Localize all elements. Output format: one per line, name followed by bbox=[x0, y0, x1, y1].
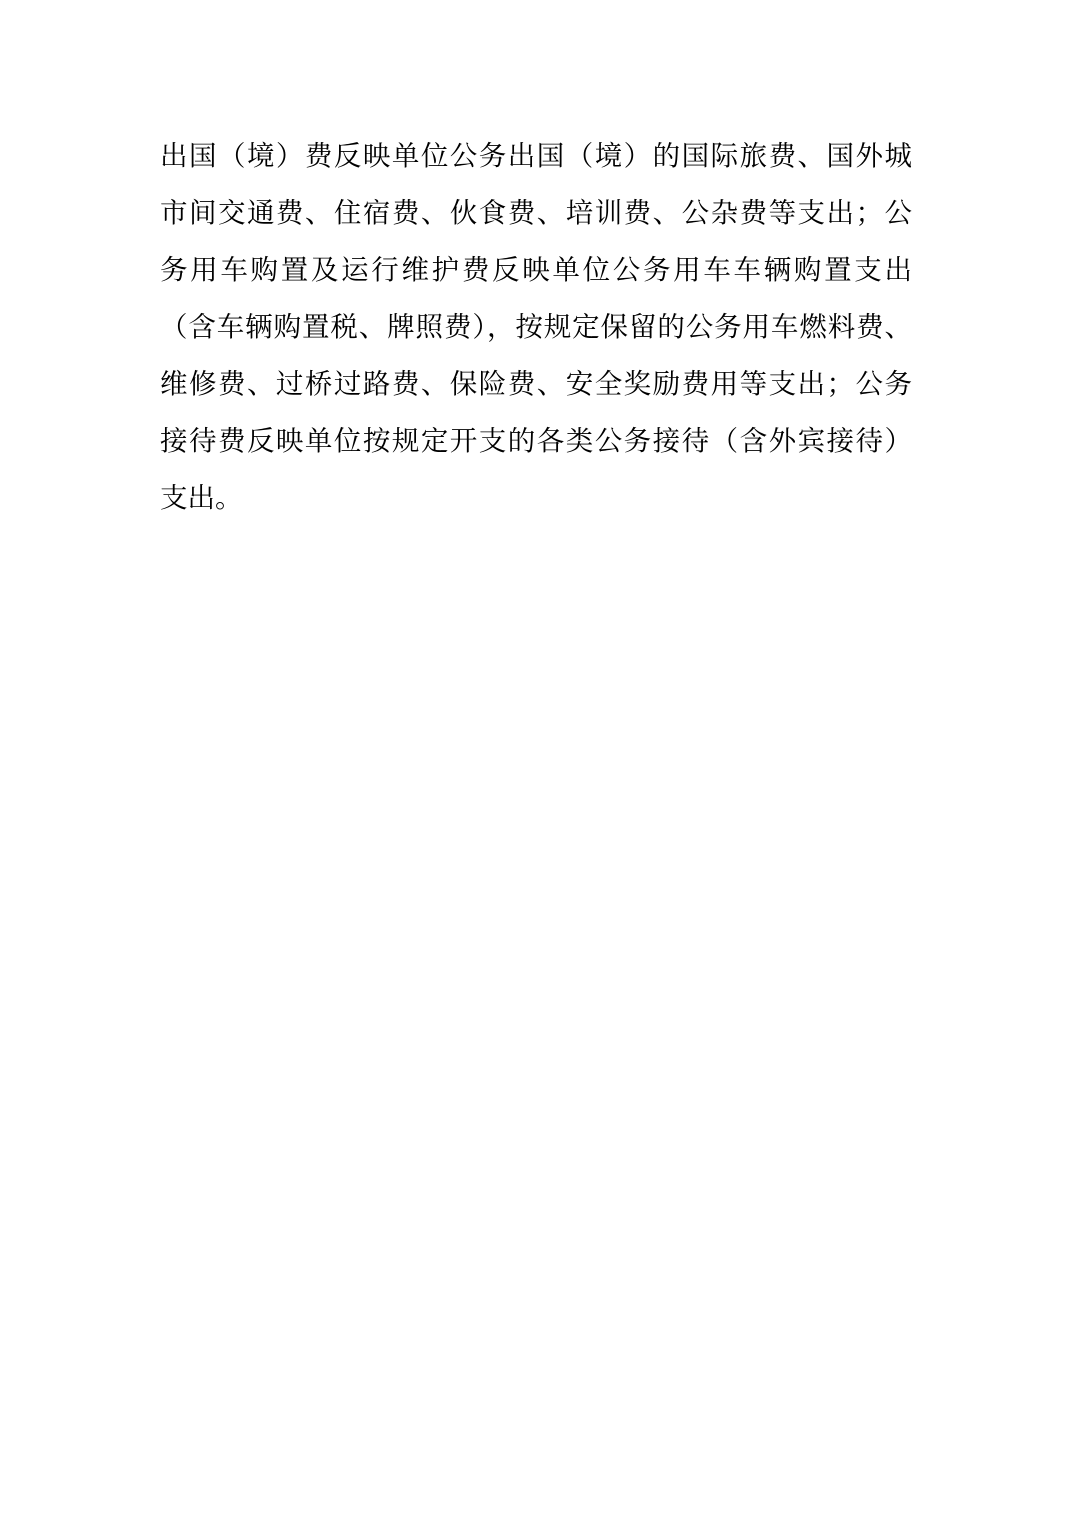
document-page: 出国（境）费反映单位公务出国（境）的国际旅费、国外城市间交通费、住宿费、伙食费、… bbox=[0, 0, 1074, 1520]
text-line: 支出。 bbox=[160, 469, 912, 526]
text-line: 市间交通费、住宿费、伙食费、培训费、公杂费等支出；公 bbox=[160, 184, 912, 241]
text-line: （含车辆购置税、牌照费），按规定保留的公务用车燃料费、 bbox=[160, 298, 912, 355]
text-line: 接待费反映单位按规定开支的各类公务接待（含外宾接待） bbox=[160, 412, 912, 469]
body-paragraph: 出国（境）费反映单位公务出国（境）的国际旅费、国外城市间交通费、住宿费、伙食费、… bbox=[160, 127, 912, 526]
text-line: 务用车购置及运行维护费反映单位公务用车车辆购置支出 bbox=[160, 241, 912, 298]
text-line: 出国（境）费反映单位公务出国（境）的国际旅费、国外城 bbox=[160, 127, 912, 184]
text-line: 维修费、过桥过路费、保险费、安全奖励费用等支出；公务 bbox=[160, 355, 912, 412]
